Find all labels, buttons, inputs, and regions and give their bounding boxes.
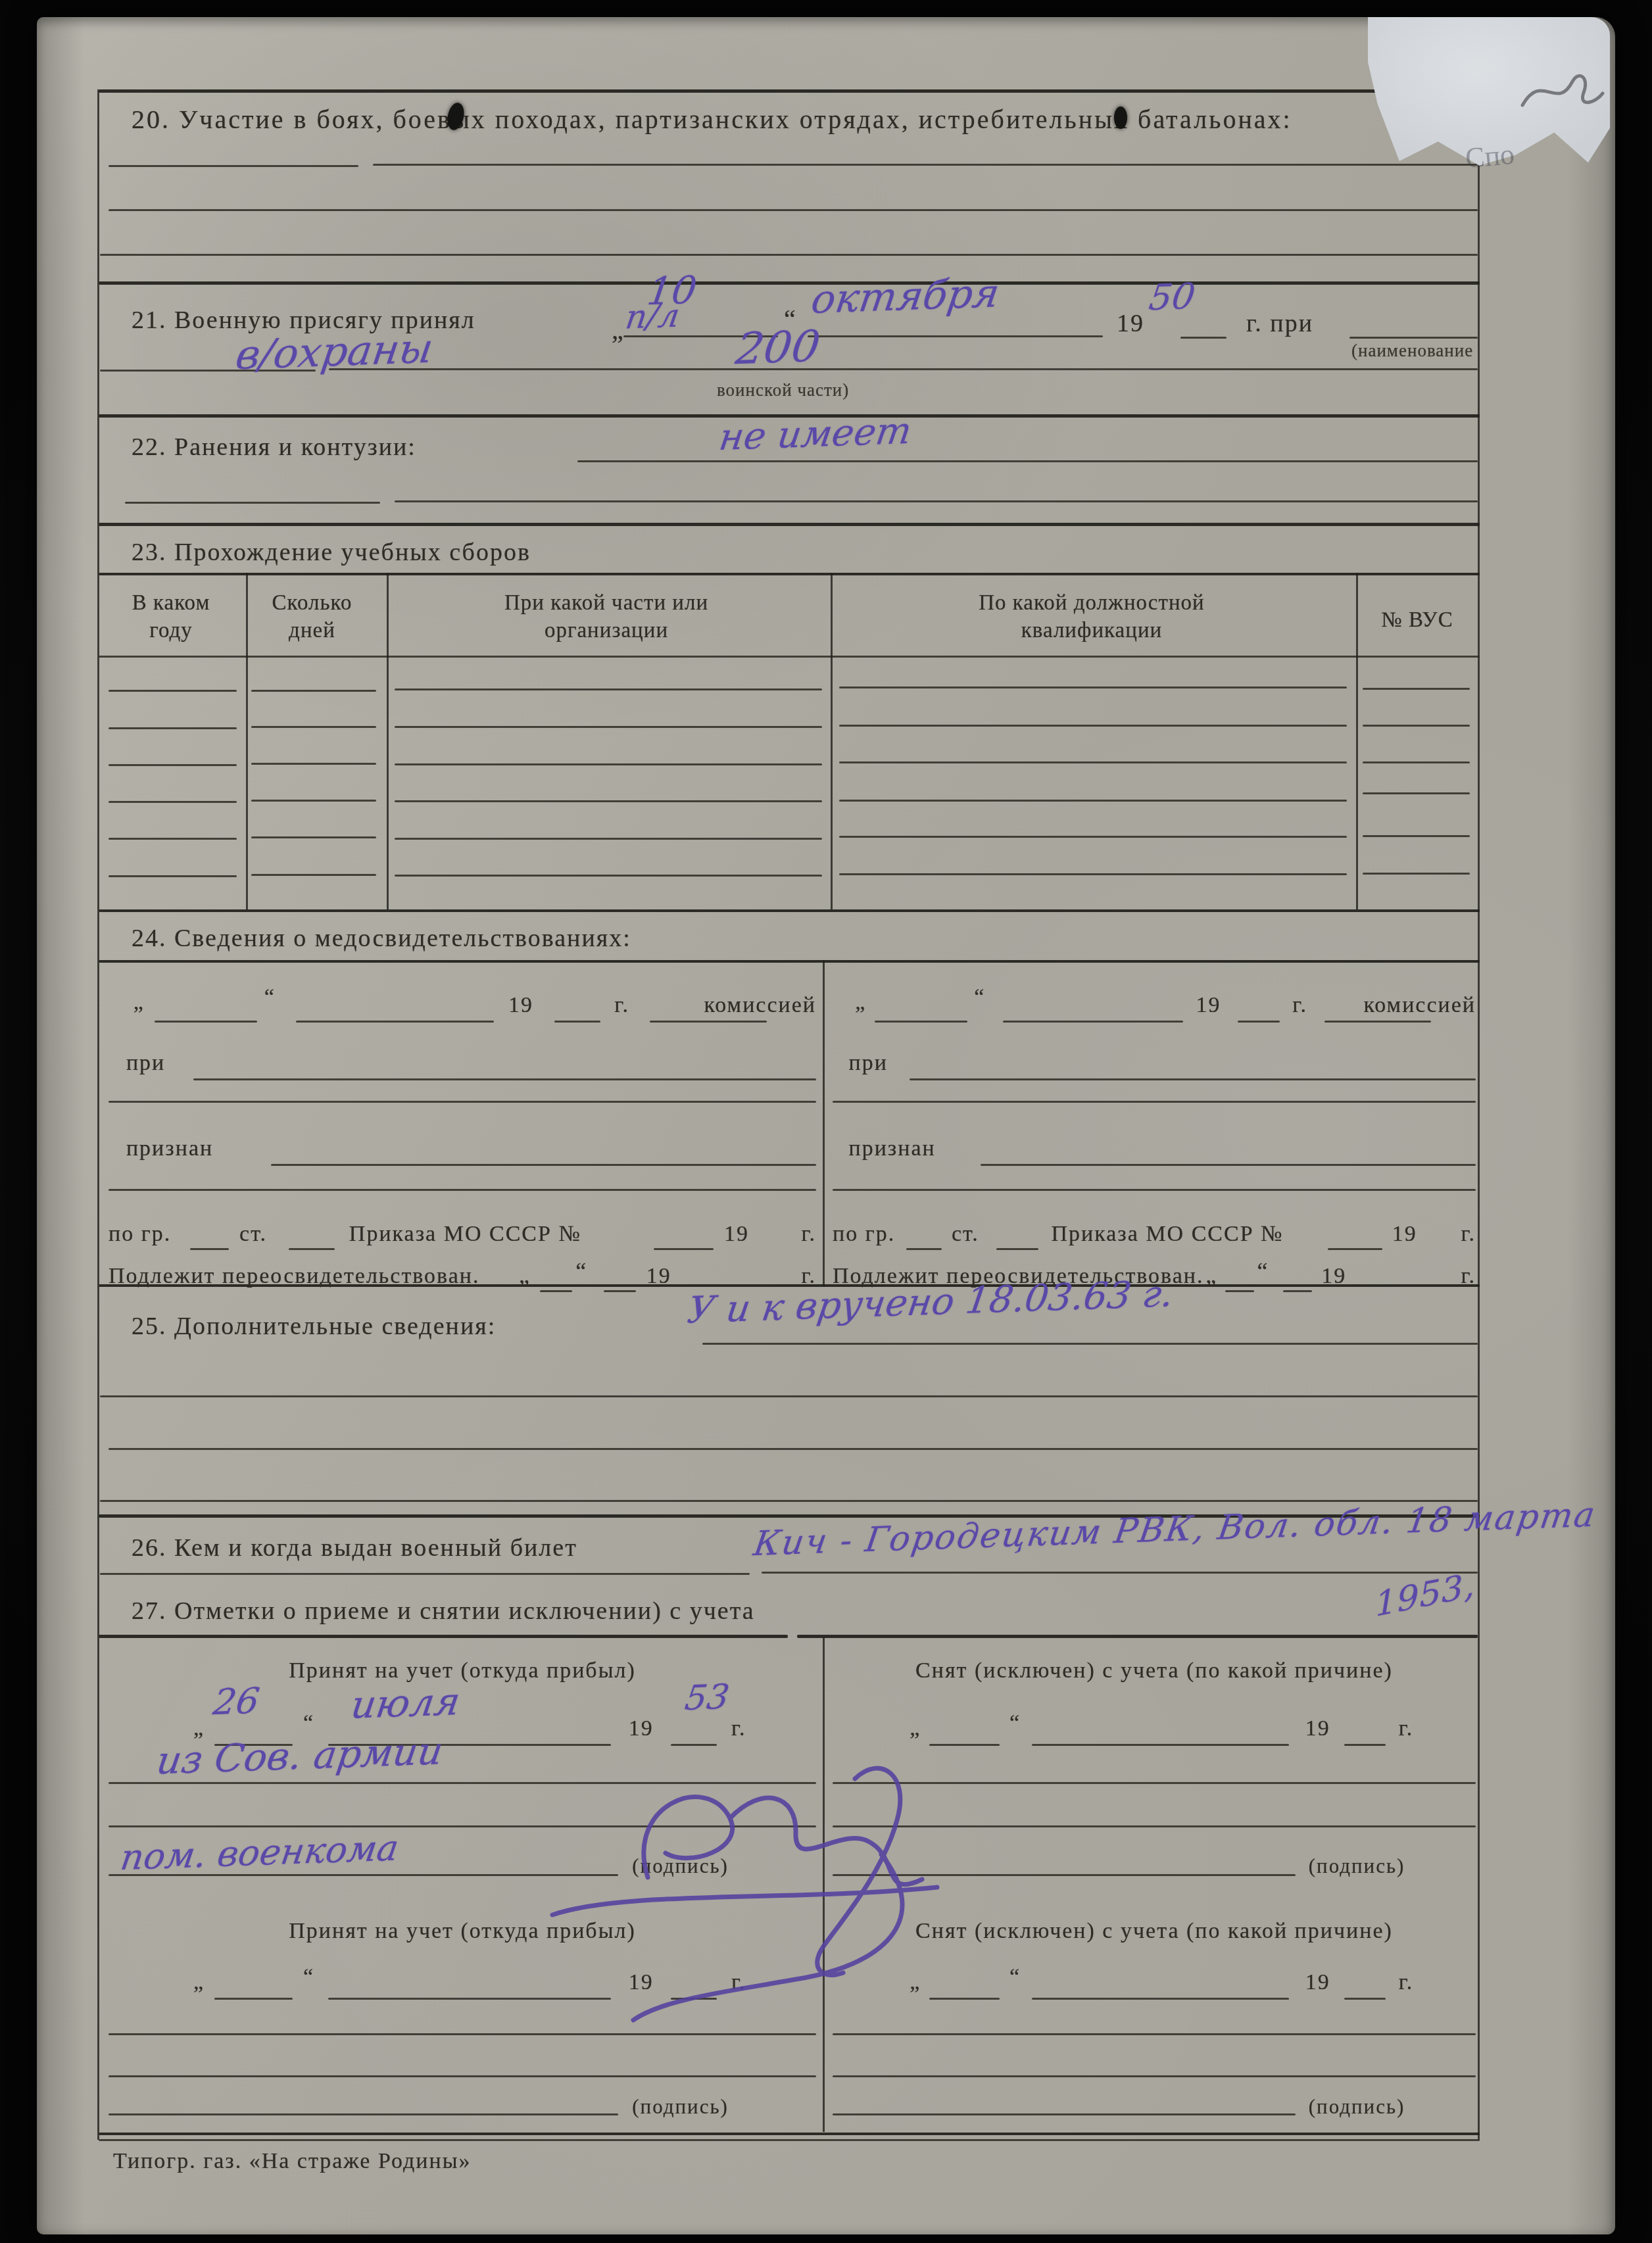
signature-handwriting bbox=[513, 1749, 973, 2052]
ruled-line bbox=[702, 1343, 1478, 1345]
ruled-line bbox=[808, 335, 1103, 337]
article-label: ст. bbox=[952, 1222, 979, 1247]
item27-label: 27. Отметки о приеме и снятии исключении… bbox=[132, 1597, 755, 1626]
table-header-days: Сколько дней bbox=[258, 589, 366, 644]
order-label: Приказа МО СССР № bbox=[1052, 1222, 1284, 1247]
printed-19: 19 bbox=[724, 1222, 749, 1247]
open-quote: „ bbox=[134, 990, 145, 1015]
printer-footer: Типогр. газ. «На страже Родины» bbox=[113, 2149, 472, 2174]
signature-caption: (подпись) bbox=[1309, 2095, 1405, 2119]
open-quote: „ bbox=[193, 1970, 205, 1995]
printed-19: 19 bbox=[508, 993, 533, 1018]
close-quote: “ bbox=[974, 985, 985, 1010]
frame-line-right bbox=[1478, 89, 1480, 2140]
separator-line bbox=[797, 1635, 1478, 1638]
ruled-line bbox=[125, 502, 380, 504]
printed-19: 19 bbox=[1196, 993, 1221, 1018]
table-column-divider bbox=[387, 573, 389, 909]
item21-g-pri: г. при bbox=[1246, 309, 1313, 338]
printed-19: 19 bbox=[1392, 1222, 1417, 1247]
commission-label: комиссией bbox=[1363, 993, 1476, 1018]
close-quote: “ bbox=[1009, 1965, 1021, 1990]
printed-g: г. bbox=[614, 993, 629, 1018]
paper-hole bbox=[1114, 107, 1127, 129]
item22-handwritten-value: не имеет bbox=[717, 410, 915, 459]
item21-printed-19: 19 bbox=[1117, 309, 1144, 338]
separator-line bbox=[99, 1635, 788, 1638]
open-quote: „ bbox=[612, 314, 625, 345]
column-divider bbox=[823, 960, 825, 1287]
table-bottom-line bbox=[99, 909, 1480, 912]
open-quote: „ bbox=[910, 1716, 921, 1741]
open-quote: „ bbox=[1205, 1261, 1217, 1289]
ruled-line bbox=[373, 164, 1478, 166]
item27-handwritten-month: июля bbox=[349, 1679, 463, 1727]
frame-line-left bbox=[97, 89, 99, 2140]
ruled-line bbox=[100, 254, 1478, 256]
close-quote: “ bbox=[303, 1711, 314, 1736]
printed-g: г. bbox=[1461, 1264, 1476, 1289]
printed-g: г. bbox=[1399, 1716, 1414, 1741]
ruled-line bbox=[100, 1500, 1478, 1502]
table-column-divider bbox=[1356, 573, 1358, 909]
ruled-line bbox=[109, 209, 1478, 211]
ruled-line bbox=[329, 368, 1478, 370]
ruled-line bbox=[577, 460, 1478, 462]
ghost-text: Спо bbox=[1464, 137, 1516, 175]
signature-caption: (подпись) bbox=[1309, 1854, 1405, 1878]
signature-caption: (подпись) bbox=[632, 2095, 729, 2119]
separator-line bbox=[99, 281, 1480, 285]
item21-handwritten-unit-3: 200 bbox=[733, 321, 823, 374]
item27-handwritten-year: 53 bbox=[683, 1677, 732, 1718]
ruled-line bbox=[100, 1395, 1478, 1397]
recognized-label: признан bbox=[126, 1136, 213, 1161]
item24-label: 24. Сведения о медосвидетельствованиях: bbox=[132, 924, 631, 953]
open-quote: „ bbox=[519, 1261, 531, 1289]
printed-g: г. bbox=[1461, 1222, 1476, 1247]
frame-line-top bbox=[99, 89, 1480, 93]
frame-line-bottom2 bbox=[99, 2139, 1480, 2141]
at-label: при bbox=[848, 1051, 887, 1076]
item26-label: 26. Кем и когда выдан военный билет bbox=[132, 1533, 577, 1562]
removed-header: Снят (исключен) с учета (по какой причин… bbox=[833, 1658, 1476, 1683]
printed-19: 19 bbox=[646, 1264, 671, 1289]
recognized-label: признан bbox=[848, 1136, 935, 1161]
table-top-line bbox=[99, 573, 1480, 575]
ruled-line bbox=[1180, 337, 1227, 339]
order-label: Приказа МО СССР № bbox=[349, 1222, 581, 1247]
printed-g: г. bbox=[1292, 993, 1307, 1018]
pencil-mark bbox=[1509, 51, 1615, 130]
item21-handwritten-month: октября bbox=[808, 270, 1002, 323]
item27-handwritten-day: 26 bbox=[210, 1680, 262, 1723]
item21-caption-2: воинской части) bbox=[717, 380, 849, 400]
commission-label: комиссией bbox=[704, 993, 816, 1018]
close-quote: “ bbox=[264, 985, 276, 1010]
ruled-line bbox=[109, 165, 358, 167]
item21-handwritten-unit-2: п/л bbox=[623, 297, 683, 337]
close-quote: “ bbox=[1009, 1711, 1021, 1736]
close-quote: “ bbox=[1257, 1257, 1269, 1285]
open-quote: „ bbox=[855, 990, 866, 1015]
item21-caption-1: (наименование bbox=[1351, 341, 1473, 361]
printed-g: г. bbox=[731, 1716, 746, 1741]
close-quote: “ bbox=[303, 1965, 314, 1990]
item22-label: 22. Ранения и контузии: bbox=[132, 433, 416, 462]
printed-19: 19 bbox=[1305, 1716, 1330, 1741]
printed-19: 19 bbox=[1321, 1264, 1346, 1289]
ruled-line bbox=[1349, 337, 1478, 339]
separator-line bbox=[99, 960, 1480, 963]
printed-19: 19 bbox=[629, 1716, 654, 1741]
printed-g: г. bbox=[801, 1222, 816, 1247]
table-column-divider bbox=[246, 573, 248, 909]
med-exam-column-right: „ “ 19 г. комиссией при признан по гр. с… bbox=[833, 967, 1476, 1289]
article-label: ст. bbox=[239, 1222, 267, 1247]
table-header-line bbox=[99, 656, 1480, 658]
ruled-line bbox=[395, 500, 1478, 502]
table-header-unit: При какой части или организации bbox=[468, 589, 744, 644]
med-exam-column-left: „ “ 19 г. комиссией при признан по гр. с… bbox=[109, 967, 816, 1289]
table-header-year: В каком году bbox=[122, 589, 220, 644]
printed-19: 19 bbox=[1305, 1970, 1330, 1995]
table-header-vus: № ВУС bbox=[1359, 606, 1476, 634]
reexam-label: Подлежит переосвидетельствован. bbox=[109, 1264, 480, 1289]
scanned-page-background: 20. Участие в боях, боевых походах, парт… bbox=[0, 0, 1652, 2243]
ruled-line bbox=[762, 1572, 1478, 1574]
ruled-line bbox=[100, 1573, 750, 1575]
ruled-line bbox=[109, 1448, 1478, 1450]
by-group-label: по гр. bbox=[109, 1222, 171, 1247]
close-quote: “ bbox=[575, 1257, 587, 1285]
at-label: при bbox=[126, 1051, 165, 1076]
by-group-label: по гр. bbox=[833, 1222, 895, 1247]
table-header-qualification: По какой должностной квалификации bbox=[957, 589, 1227, 644]
item23-label: 23. Прохождение учебных сборов bbox=[132, 538, 531, 567]
item21-handwritten-year: 50 bbox=[1146, 276, 1198, 318]
item25-label: 25. Дополнительные сведения: bbox=[132, 1312, 496, 1341]
item21-handwritten-unit-1: в/охраны bbox=[233, 324, 436, 379]
table-column-divider bbox=[831, 573, 833, 909]
separator-line bbox=[99, 523, 1480, 526]
frame-line-bottom bbox=[99, 2133, 1480, 2135]
printed-g: г. bbox=[1399, 1970, 1414, 1995]
